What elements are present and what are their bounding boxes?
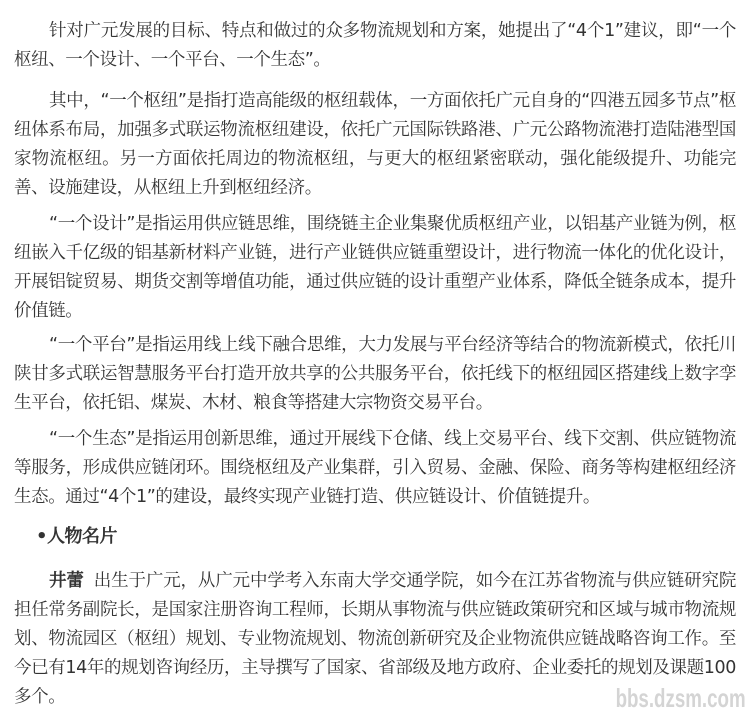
watermark: bbs.dzsm.com [616, 683, 746, 714]
paragraph-design: “一个设计”是指运用供应链思维，围绕链主企业集聚优质枢纽产业，以铝基产业链为例，… [14, 210, 736, 326]
paragraph-ecosystem: “一个生态”是指运用创新思维，通过开展线下仓储、线上交易平台、线下交割、供应链物… [14, 425, 736, 512]
paragraph-proposal: 针对广元发展的目标、特点和做过的众多物流规划和方案，她提出了“4个1”建议，即“… [14, 17, 736, 75]
paragraph-hub: 其中，“一个枢纽”是指打造高能级的枢纽载体，一方面依托广元自身的“四港五园多节点… [14, 87, 736, 203]
section-heading-profile-card: •人物名片 [36, 522, 117, 548]
paragraph-platform: “一个平台”是指运用线上线下融合思维，大力发展与平台经济等结合的物流新模式，依托… [14, 331, 736, 418]
profile-name: 井蕾 [49, 571, 84, 591]
